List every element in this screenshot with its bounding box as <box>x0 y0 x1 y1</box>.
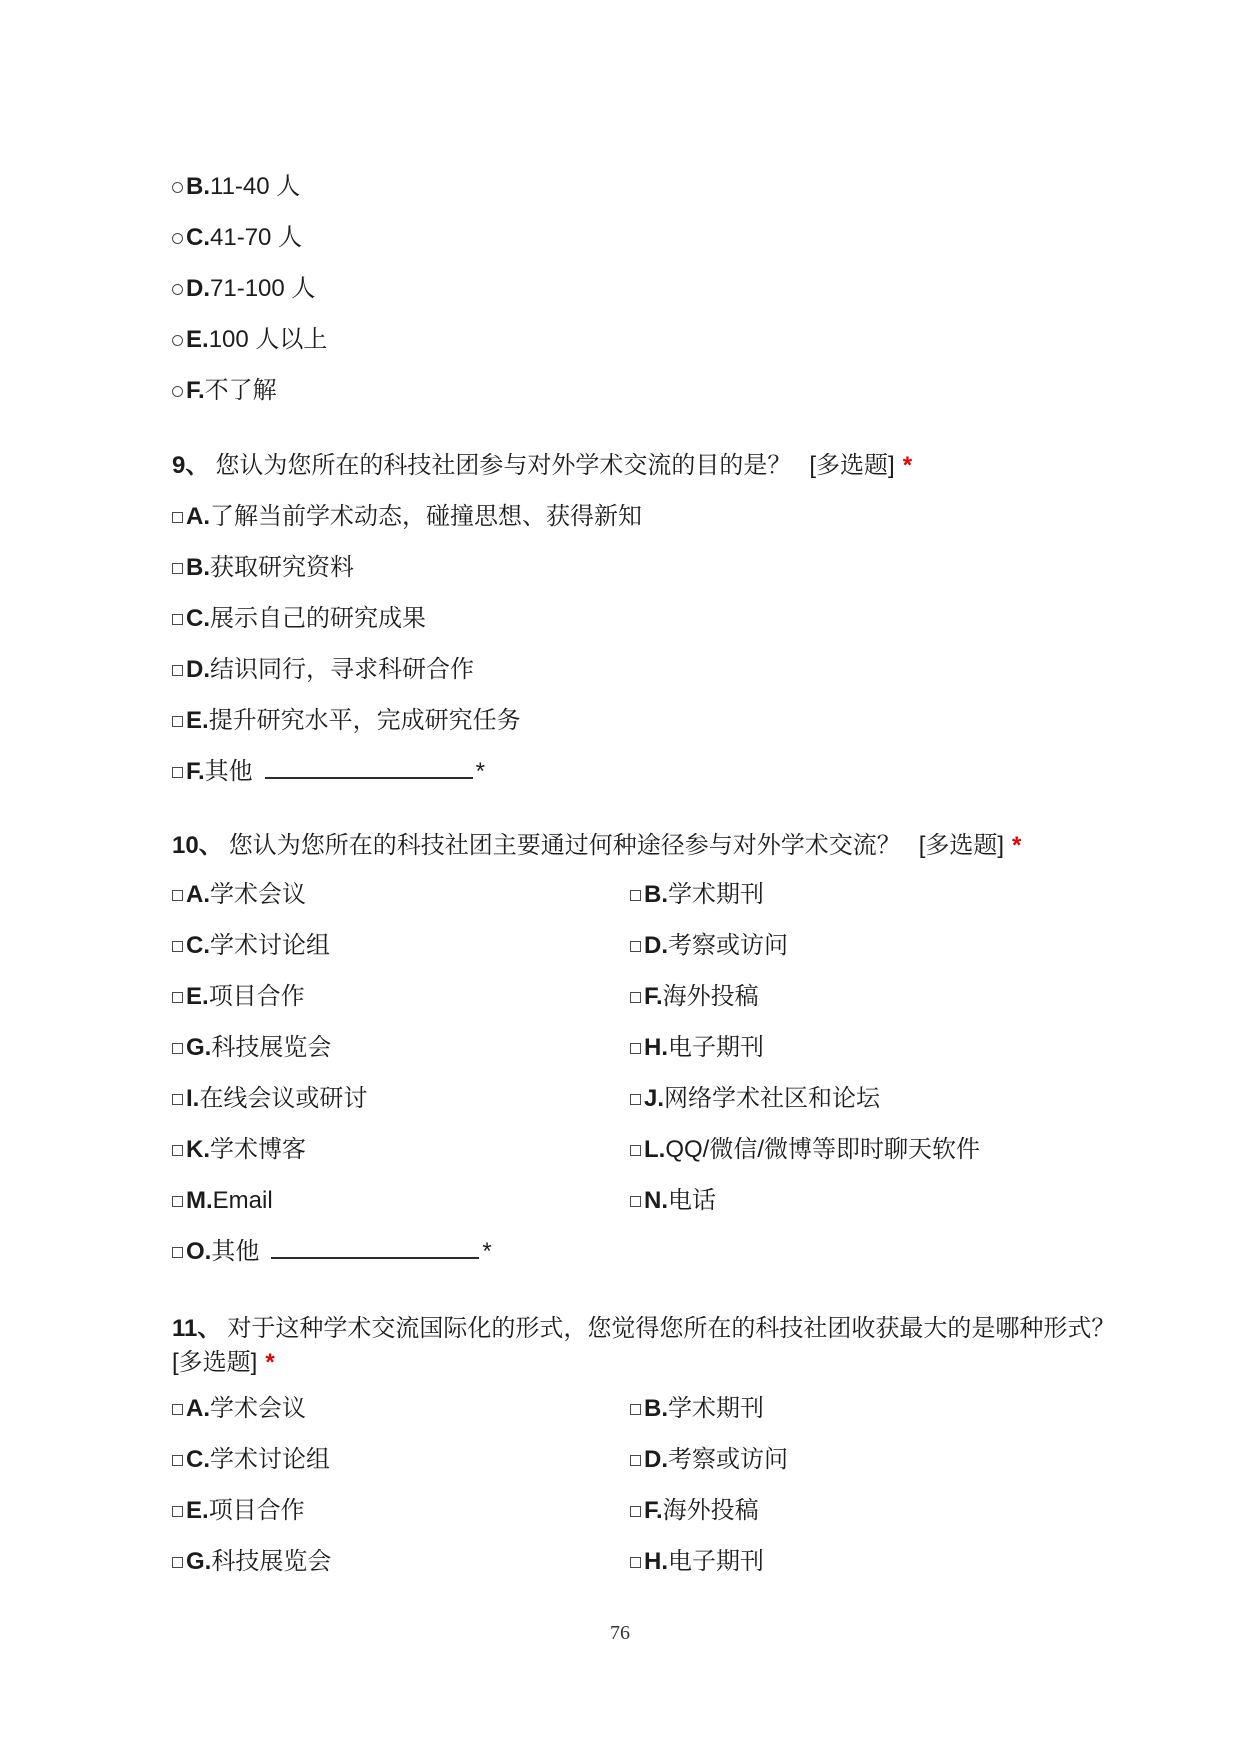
q8-option-e: E.100 人以上 <box>172 324 1172 356</box>
option-label: 海外投稿 <box>663 983 759 1010</box>
blank-required-mark: * <box>482 1238 491 1265</box>
option-letter: E. <box>186 707 209 734</box>
question-9-title: 9、您认为您所在的科技社团参与对外学术交流的目的是？[多选题]* <box>172 450 1172 482</box>
option-letter: O. <box>186 1238 211 1265</box>
checkbox-icon[interactable] <box>630 1404 641 1415</box>
question-number: 11、 <box>172 1315 221 1342</box>
option-letter: F. <box>644 1497 663 1524</box>
option-letter: B. <box>186 554 210 581</box>
option-label: 结识同行，寻求科研合作 <box>210 656 474 683</box>
multi-select-tag: [多选题] <box>809 452 894 479</box>
q10-option-a: A.学术会议 <box>172 879 630 911</box>
question-11-title: 11、对于这种学术交流国际化的形式，您觉得您所在的科技社团收获最大的是哪种形式？ <box>172 1312 1172 1346</box>
q9-option-f-other: F.其他* <box>172 756 1172 788</box>
checkbox-icon[interactable] <box>172 1506 183 1517</box>
option-letter: B. <box>644 1395 668 1422</box>
option-label: 100 人以上 <box>209 326 328 353</box>
required-asterisk: * <box>265 1349 274 1376</box>
option-letter: E. <box>186 1497 209 1524</box>
q9-option-b: B.获取研究资料 <box>172 552 1172 584</box>
checkbox-icon[interactable] <box>172 992 183 1003</box>
option-label: 了解当前学术动态，碰撞思想、获得新知 <box>210 503 642 530</box>
checkbox-icon[interactable] <box>172 512 183 523</box>
option-letter: L. <box>644 1136 665 1163</box>
q11-option-d: D.考察或访问 <box>630 1444 1172 1476</box>
q11-option-h: H.电子期刊 <box>630 1546 1172 1578</box>
option-label: 考察或访问 <box>668 1446 788 1473</box>
option-letter: C. <box>186 605 210 632</box>
option-label: 科技展览会 <box>211 1034 331 1061</box>
option-letter: I. <box>186 1085 199 1112</box>
option-label: 考察或访问 <box>668 932 788 959</box>
q10-option-e: E.项目合作 <box>172 981 630 1013</box>
q10-option-j: J.网络学术社区和论坛 <box>630 1083 1172 1115</box>
question-11-tag-line: [多选题]* <box>172 1346 1172 1380</box>
q11-option-a: A.学术会议 <box>172 1393 630 1425</box>
option-label: Email <box>213 1187 273 1214</box>
option-label: 海外投稿 <box>663 1497 759 1524</box>
other-fill-in-blank[interactable] <box>271 1253 479 1259</box>
q9-option-d: D.结识同行，寻求科研合作 <box>172 654 1172 686</box>
question-8-options-continued: B.11-40 人 C.41-70 人 D.71-100 人 E.100 人以上… <box>172 171 1172 426</box>
checkbox-icon[interactable] <box>172 1094 183 1105</box>
option-label: 学术期刊 <box>668 881 764 908</box>
checkbox-icon[interactable] <box>630 890 641 901</box>
blank-required-mark: * <box>476 758 485 785</box>
radio-icon[interactable] <box>172 233 183 244</box>
option-letter: A. <box>186 1395 210 1422</box>
q10-option-l: L.QQ/微信/微博等即时聊天软件 <box>630 1134 1172 1166</box>
option-letter: F. <box>186 758 205 785</box>
option-label: 71-100 人 <box>210 275 315 302</box>
q10-option-h: H.电子期刊 <box>630 1032 1172 1064</box>
question-11: 11、对于这种学术交流国际化的形式，您觉得您所在的科技社团收获最大的是哪种形式？… <box>172 1312 1172 1578</box>
q8-option-b: B.11-40 人 <box>172 171 1172 203</box>
checkbox-icon[interactable] <box>172 1404 183 1415</box>
checkbox-icon[interactable] <box>172 614 183 625</box>
checkbox-icon[interactable] <box>172 941 183 952</box>
required-asterisk: * <box>903 452 912 479</box>
option-letter: C. <box>186 1446 210 1473</box>
option-letter: C. <box>186 224 210 251</box>
question-10-title: 10、您认为您所在的科技社团主要通过何种途径参与对外学术交流？[多选题]* <box>172 830 1172 862</box>
option-label: 其他 <box>211 1238 259 1265</box>
q10-option-b: B.学术期刊 <box>630 879 1172 911</box>
checkbox-icon[interactable] <box>630 941 641 952</box>
checkbox-icon[interactable] <box>630 1506 641 1517</box>
option-letter: G. <box>186 1034 211 1061</box>
checkbox-icon[interactable] <box>172 1145 183 1156</box>
question-text: 对于这种学术交流国际化的形式，您觉得您所在的科技社团收获最大的是哪种形式？ <box>227 1315 1115 1342</box>
checkbox-icon[interactable] <box>630 1145 641 1156</box>
required-asterisk: * <box>1012 832 1021 859</box>
q8-option-f: F.不了解 <box>172 375 1172 407</box>
option-label: 提升研究水平，完成研究任务 <box>209 707 521 734</box>
option-letter: H. <box>644 1034 668 1061</box>
option-letter: E. <box>186 326 209 353</box>
checkbox-icon[interactable] <box>172 890 183 901</box>
checkbox-icon[interactable] <box>630 1455 641 1466</box>
option-letter: A. <box>186 503 210 530</box>
option-label: 41-70 人 <box>210 224 302 251</box>
q11-option-e: E.项目合作 <box>172 1495 630 1527</box>
checkbox-icon[interactable] <box>172 1196 183 1207</box>
option-letter: D. <box>644 932 668 959</box>
radio-icon[interactable] <box>172 386 183 397</box>
option-letter: F. <box>644 983 663 1010</box>
q10-option-f: F.海外投稿 <box>630 981 1172 1013</box>
q10-option-i: I.在线会议或研讨 <box>172 1083 630 1115</box>
option-letter: K. <box>186 1136 210 1163</box>
question-number: 10、 <box>172 832 223 859</box>
q11-option-c: C.学术讨论组 <box>172 1444 630 1476</box>
question-10: 10、您认为您所在的科技社团主要通过何种途径参与对外学术交流？[多选题]* A.… <box>172 830 1172 1268</box>
checkbox-icon[interactable] <box>172 1247 183 1258</box>
checkbox-icon[interactable] <box>172 767 183 778</box>
question-text: 您认为您所在的科技社团主要通过何种途径参与对外学术交流？ <box>229 832 901 859</box>
option-letter: F. <box>186 377 205 404</box>
option-letter: E. <box>186 983 209 1010</box>
multi-select-tag: [多选题] <box>919 832 1004 859</box>
radio-icon[interactable] <box>172 284 183 295</box>
option-letter: H. <box>644 1548 668 1575</box>
option-label: 科技展览会 <box>211 1548 331 1575</box>
checkbox-icon[interactable] <box>172 563 183 574</box>
option-label: 其他 <box>205 758 253 785</box>
option-letter: D. <box>186 656 210 683</box>
q11-option-b: B.学术期刊 <box>630 1393 1172 1425</box>
q9-option-e: E.提升研究水平，完成研究任务 <box>172 705 1172 737</box>
checkbox-icon[interactable] <box>630 1043 641 1054</box>
option-label: 网络学术社区和论坛 <box>664 1085 880 1112</box>
option-letter: G. <box>186 1548 211 1575</box>
option-letter: A. <box>186 881 210 908</box>
option-label: 获取研究资料 <box>210 554 354 581</box>
option-label: QQ/微信/微博等即时聊天软件 <box>665 1136 980 1163</box>
q10-option-o-other: O.其他* <box>172 1236 630 1268</box>
checkbox-icon[interactable] <box>630 992 641 1003</box>
q8-option-d: D.71-100 人 <box>172 273 1172 305</box>
q10-option-d: D.考察或访问 <box>630 930 1172 962</box>
option-letter: B. <box>644 881 668 908</box>
q10-option-n: N.电话 <box>630 1185 1172 1217</box>
option-label: 学术博客 <box>210 1136 306 1163</box>
other-fill-in-blank[interactable] <box>265 773 473 779</box>
checkbox-icon[interactable] <box>630 1094 641 1105</box>
q10-option-c: C.学术讨论组 <box>172 930 630 962</box>
radio-icon[interactable] <box>172 182 183 193</box>
radio-icon[interactable] <box>172 335 183 346</box>
option-letter: D. <box>644 1446 668 1473</box>
option-letter: N. <box>644 1187 668 1214</box>
option-letter: M. <box>186 1187 213 1214</box>
q10-option-m: M.Email <box>172 1185 630 1217</box>
option-label: 展示自己的研究成果 <box>210 605 426 632</box>
checkbox-icon[interactable] <box>172 1557 183 1568</box>
option-label: 项目合作 <box>209 1497 305 1524</box>
option-label: 学术期刊 <box>668 1395 764 1422</box>
multi-select-tag: [多选题] <box>172 1349 257 1376</box>
question-number: 9、 <box>172 452 209 479</box>
checkbox-icon[interactable] <box>172 1043 183 1054</box>
option-letter: J. <box>644 1085 664 1112</box>
page-number: 76 <box>0 1622 1240 1645</box>
q10-option-g: G.科技展览会 <box>172 1032 630 1064</box>
checkbox-icon[interactable] <box>172 716 183 727</box>
option-label: 项目合作 <box>209 983 305 1010</box>
q11-option-g: G.科技展览会 <box>172 1546 630 1578</box>
option-label: 不了解 <box>205 377 277 404</box>
q8-option-c: C.41-70 人 <box>172 222 1172 254</box>
option-label: 在线会议或研讨 <box>199 1085 367 1112</box>
q9-option-a: A.了解当前学术动态，碰撞思想、获得新知 <box>172 501 1172 533</box>
checkbox-icon[interactable] <box>630 1196 641 1207</box>
option-label: 11-40 人 <box>210 173 300 200</box>
q10-option-k: K.学术博客 <box>172 1134 630 1166</box>
question-9: 9、您认为您所在的科技社团参与对外学术交流的目的是？[多选题]* A.了解当前学… <box>172 450 1172 807</box>
checkbox-icon[interactable] <box>630 1557 641 1568</box>
option-label: 学术讨论组 <box>210 1446 330 1473</box>
option-label: 电子期刊 <box>668 1034 764 1061</box>
document-page: B.11-40 人 C.41-70 人 D.71-100 人 E.100 人以上… <box>0 0 1240 1753</box>
q11-option-f: F.海外投稿 <box>630 1495 1172 1527</box>
option-label: 学术讨论组 <box>210 932 330 959</box>
q9-option-c: C.展示自己的研究成果 <box>172 603 1172 635</box>
option-label: 电话 <box>668 1187 716 1214</box>
option-letter: D. <box>186 275 210 302</box>
question-text: 您认为您所在的科技社团参与对外学术交流的目的是？ <box>215 452 791 479</box>
option-label: 学术会议 <box>210 1395 306 1422</box>
option-letter: C. <box>186 932 210 959</box>
option-label: 电子期刊 <box>668 1548 764 1575</box>
checkbox-icon[interactable] <box>172 665 183 676</box>
checkbox-icon[interactable] <box>172 1455 183 1466</box>
option-label: 学术会议 <box>210 881 306 908</box>
option-letter: B. <box>186 173 210 200</box>
